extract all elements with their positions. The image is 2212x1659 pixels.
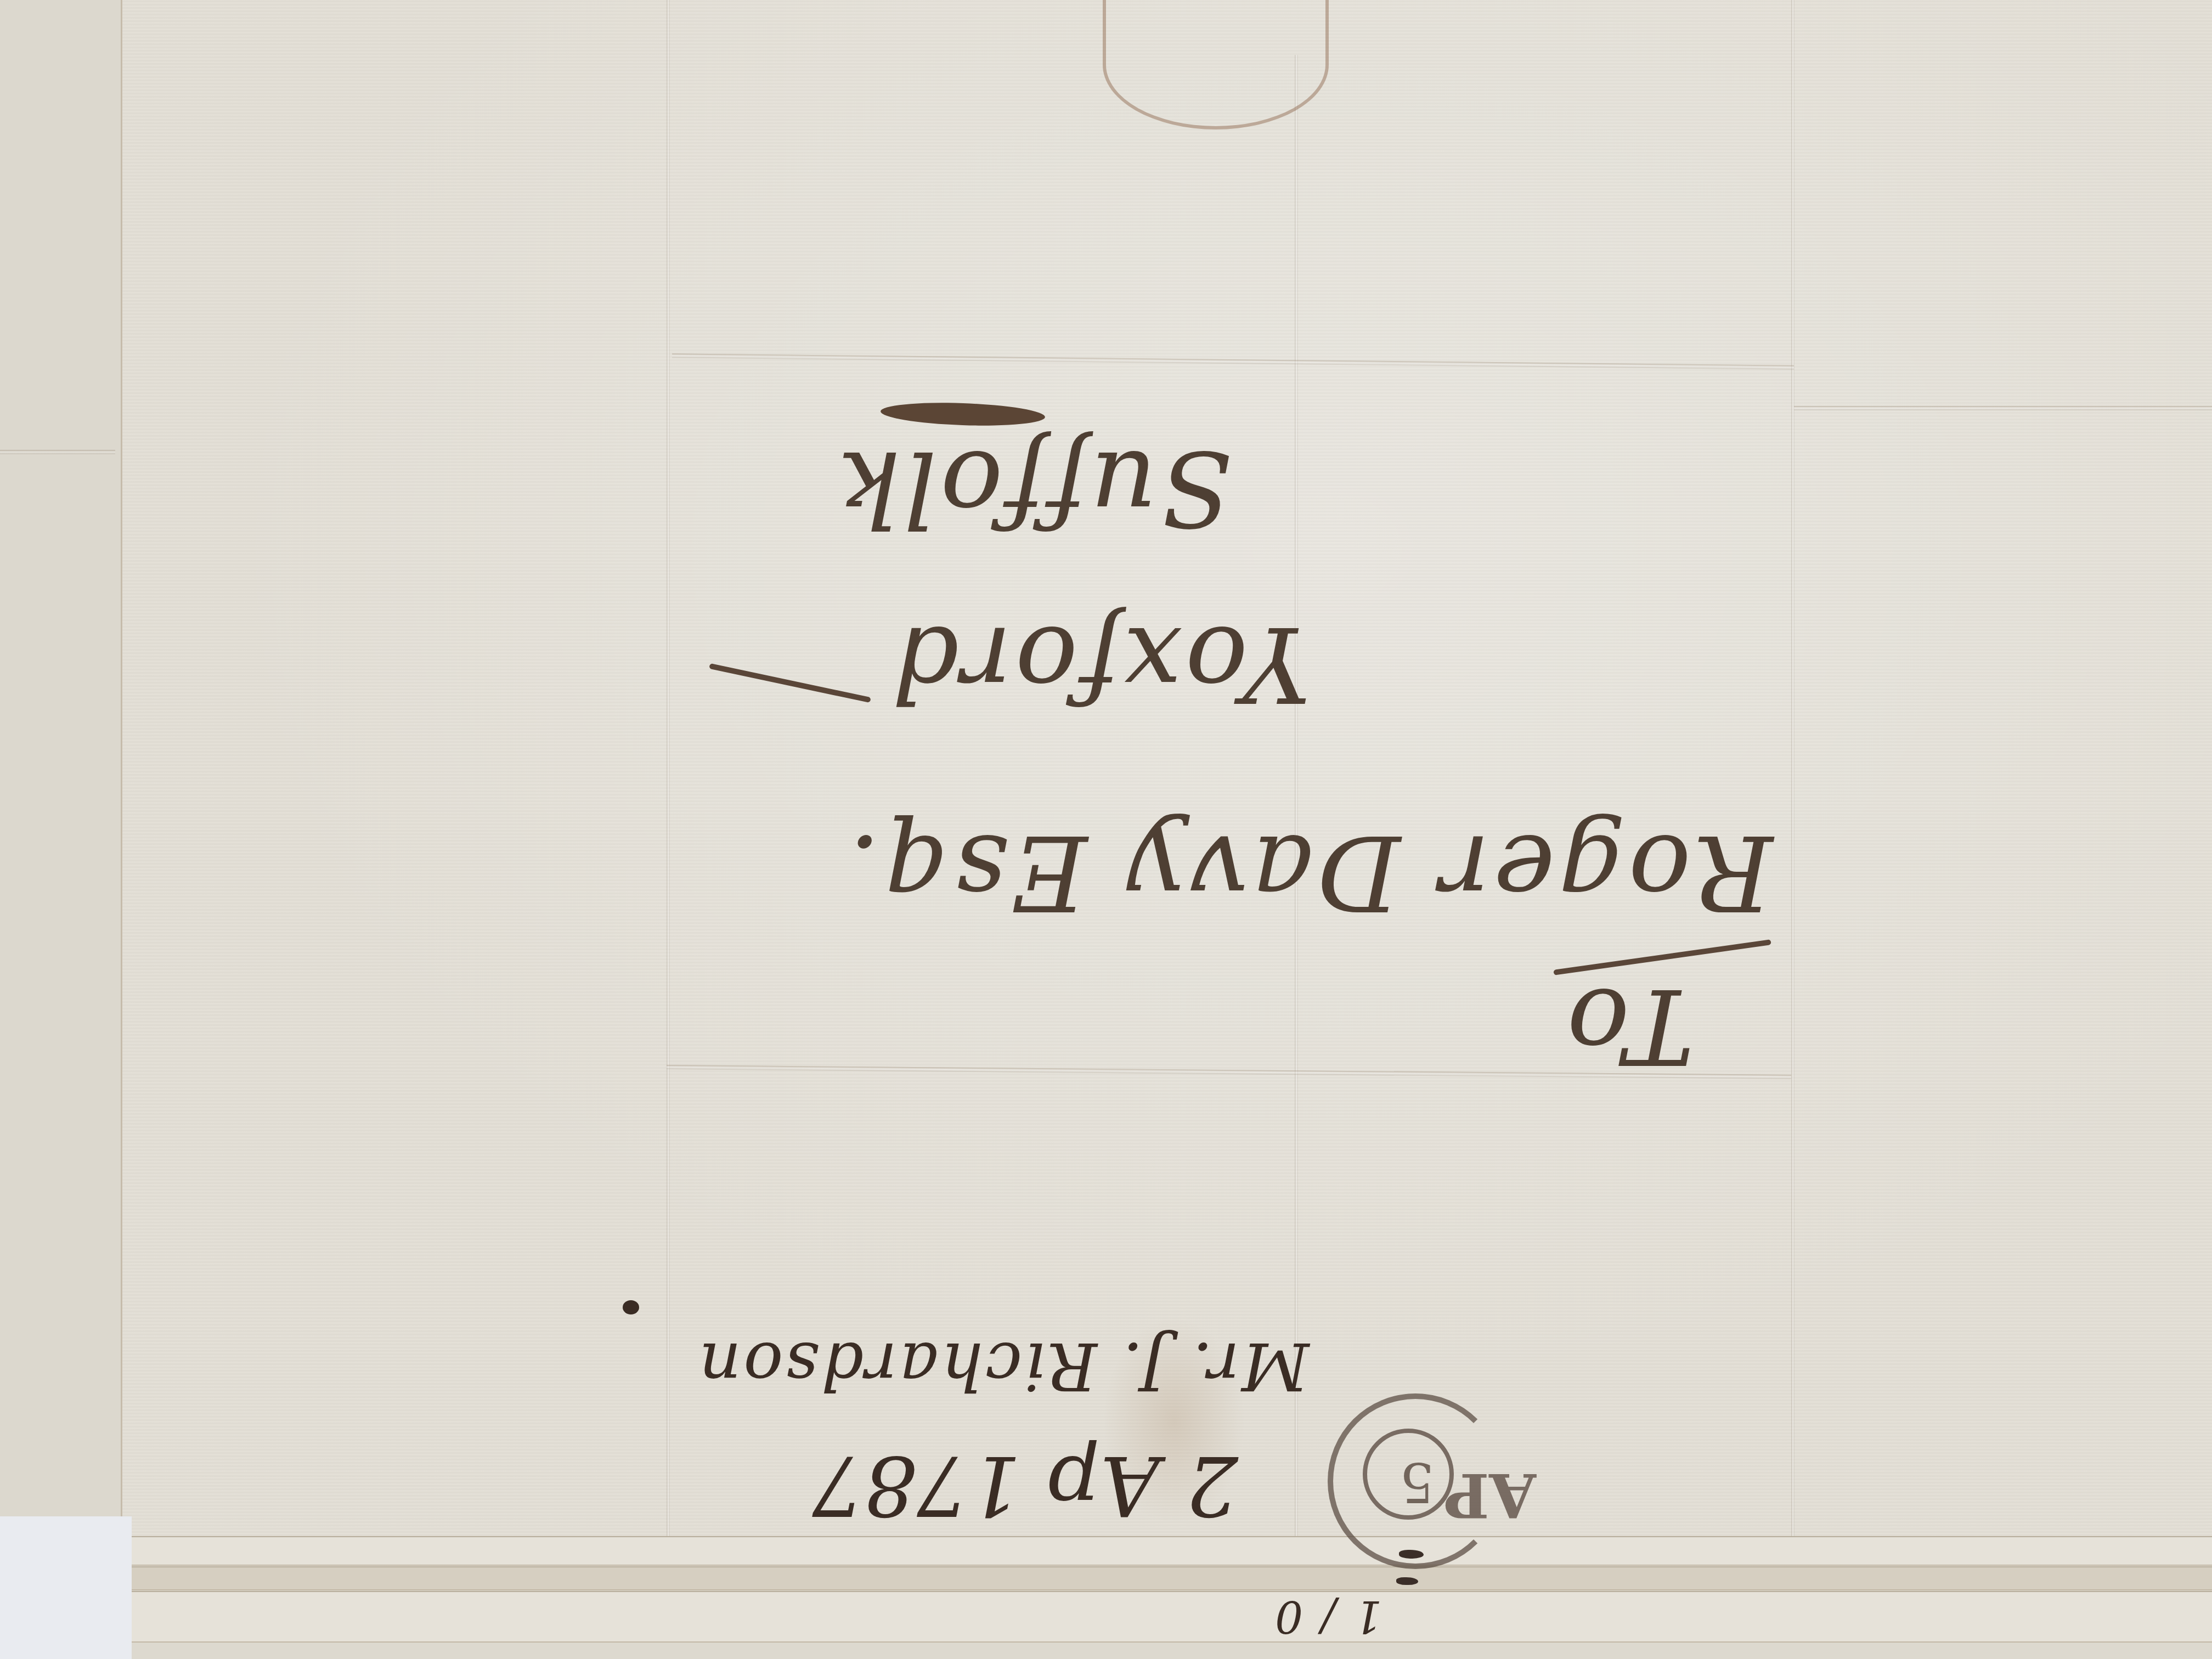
endorsement-date: 2 Ap 1787 bbox=[812, 1437, 1238, 1533]
fold-line-vertical-1 bbox=[667, 0, 670, 1547]
left-sheet-edge bbox=[0, 0, 122, 1591]
address-line-to: To bbox=[1564, 966, 1694, 1087]
sheet-edge-1 bbox=[126, 1536, 2212, 1566]
address-line-county: Suffolk bbox=[834, 428, 1232, 549]
edge-fold-mark: 1 / 0 bbox=[1273, 1591, 1383, 1642]
address-line-town: Yoxford bbox=[889, 603, 1311, 725]
fold-line-vertical-3 bbox=[1791, 0, 1795, 1564]
endorsement-sender: Mr. J. Richardson bbox=[697, 1328, 1309, 1404]
fold-line-horizontal-right bbox=[1794, 406, 2212, 410]
sheet-edge-2 bbox=[126, 1566, 2212, 1590]
background-surface bbox=[0, 1516, 132, 1659]
postmark-day: 5 bbox=[1400, 1450, 1435, 1514]
address-line-name: Roger Davy Esq. bbox=[845, 812, 1773, 933]
sheet-edge-3 bbox=[132, 1591, 2212, 1643]
seal-stain-curve bbox=[1103, 0, 1329, 129]
fold-line-vertical-2 bbox=[1295, 55, 1298, 1547]
ink-dot bbox=[623, 1300, 639, 1314]
fold-line-horizontal-left bbox=[0, 450, 115, 454]
postmark-month: AP bbox=[1448, 1460, 1536, 1531]
postmark-stamp: AP 5 bbox=[1306, 1361, 1536, 1580]
